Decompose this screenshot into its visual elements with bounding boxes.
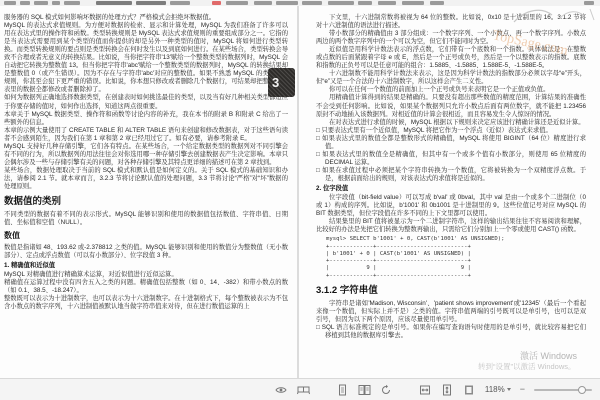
pdf-reader-window: 服务器的 SQL 模式如何影响坏数据的处理方式？严格模式会拒绝坏数据值。 MyS…: [0, 0, 600, 400]
document-view[interactable]: 服务器的 SQL 模式如何影响坏数据的处理方式？严格模式会拒绝坏数据值。 MyS…: [0, 6, 600, 378]
fit-height-icon[interactable]: [441, 383, 454, 396]
paragraph: 用精确值计算得到的结果是精确的。只要没有超出那些数值的精度范围，计算结果的准确性…: [316, 94, 586, 118]
chevron-down-icon: [507, 388, 511, 391]
paragraph: 不同类型的数据有着不同的表示形式。MySQL 能够识别和使用的数据值包括数值、字…: [4, 211, 288, 227]
paragraph: 本章的示例大量使用了 CREATE TABLE 和 ALTER TABLE 语句…: [4, 127, 288, 143]
toolbar-item[interactable]: [226, 1, 248, 5]
toolbar-item-highlight[interactable]: [212, 1, 221, 5]
toolbar-item[interactable]: [34, 1, 48, 5]
chapter-number: 3: [272, 75, 279, 90]
page-left: 服务器的 SQL 模式如何影响坏数据的处理方式？严格模式会拒绝坏数据值。 MyS…: [0, 6, 297, 378]
toolbar-item[interactable]: [402, 1, 424, 5]
bullet-item: □ 如果表达式里的数值全都是整数形式的精确值，MySQL 将使用 BIGINT（…: [316, 135, 586, 151]
paragraph: MySQL 对精确值进行精确算术运算，对近似值进行近似运算。: [4, 271, 288, 279]
paragraph: 位字段值（bit-field value）可以写成 b'val' 或 0bval…: [316, 194, 586, 218]
paragraph: 十六进制数不能用科学计数法来表示，这是因为科学计数法的指数部分必须以字母“e”开…: [316, 70, 586, 86]
paragraph: 某些场合，数据处理取决于当前的 SQL 模式和默认值是如何定义的。关于 SQL …: [4, 167, 288, 191]
toolbar-item[interactable]: [302, 1, 322, 5]
paragraph: 精确值在运算过程中没有四舍五入之类的问题。精确值包括整数（如 0、14、-382…: [4, 279, 288, 295]
single-page-icon[interactable]: [336, 383, 349, 396]
reading-mode-icon[interactable]: [297, 383, 310, 396]
bullet-item: □ 如果在求值过程中必须把某个字符串转换为一个数值，它将被转换为一个双精度浮点数…: [316, 167, 586, 183]
paragraph: MySQL 支持好几种存储引擎，它们各有特点。在某些场合，一个给定数据类型的数据…: [4, 143, 288, 167]
chapter-edge-tab: 3: [268, 68, 295, 97]
section-heading: 数据值的类别: [4, 196, 288, 208]
code-block: mysql> SELECT b'1001' + 0, CAST(b'1001' …: [326, 236, 586, 280]
section-heading: 3.1.2 字符串值: [316, 285, 586, 297]
zoom-level-dropdown[interactable]: 118%: [485, 385, 511, 394]
paragraph: 数值是指诸如 48、193.62 或-2.378812 之类的值。MySQL 能…: [4, 244, 288, 260]
toolbar-item[interactable]: [430, 1, 444, 5]
paragraph: 在对表达式进行求值的时候，MySQL 根据以下规则来决定应该进行精确计算还是近似…: [316, 119, 586, 127]
page-right: 下文里，十六进制常数将被视为 64 位的整数。比如说，0x10 是十进制里的 1…: [299, 6, 600, 378]
toolbar-item[interactable]: [136, 1, 166, 5]
subsection-heading: 数值: [4, 231, 288, 241]
rotate-icon[interactable]: [380, 383, 393, 396]
toolbar-item[interactable]: [20, 1, 30, 5]
bullet-item: □ 只要表达式里有一个近似值，MySQL 将把它作为一个浮点（近似）表达式来求值…: [316, 127, 586, 135]
toolbar-item[interactable]: [52, 1, 60, 5]
toolbar-item[interactable]: [170, 1, 190, 5]
toolbar-item[interactable]: [276, 1, 298, 5]
zoom-level-value: 118%: [485, 385, 505, 394]
bullet-item: □ SQL 语言标准规定的是单引号。如果你在编写查询语句时使用的是单引号，就比较…: [316, 324, 586, 340]
paragraph: MySQL 的表达式求值规则。为方便对数据的检索、显示和计算处理，MySQL 为…: [4, 22, 288, 94]
toolbar-item[interactable]: [378, 1, 396, 5]
toolbar-item[interactable]: [584, 1, 594, 5]
toolbar-item[interactable]: [358, 1, 372, 5]
toolbar-item[interactable]: [254, 1, 272, 5]
eye-icon[interactable]: [275, 383, 288, 396]
numbered-heading: 2. 位字段值: [316, 185, 586, 193]
facing-pages-icon[interactable]: [358, 383, 371, 396]
toolbar-item[interactable]: [96, 1, 132, 5]
pen-doodle: [512, 6, 596, 24]
paragraph: 如何为数据列正确地选择数据类型，在创建表时如何挑选最佳的类型，以及当有好几种相关…: [4, 94, 288, 110]
zoom-out-button[interactable]: −: [520, 385, 525, 394]
numbered-heading: 1. 精确值和近似值: [4, 262, 288, 270]
bullet-item: □ 如果表达式里的数值全是精确值，但其中有一个或多个值有小数部分，则使用 65 …: [316, 151, 586, 167]
paragraph: 结果集里的 BIT 值将被显示为一个二进制字符串，这样的输出结果往往不容易阅读和…: [316, 218, 586, 234]
zoom-slider[interactable]: [534, 385, 592, 395]
paragraph: 服务器的 SQL 模式如何影响坏数据的处理方式？严格模式会拒绝坏数据值。: [4, 14, 288, 22]
toolbar-item[interactable]: [328, 1, 354, 5]
zoom-slider-handle[interactable]: [578, 386, 586, 394]
paragraph: 整数既可以表示为十进制数字，也可以表示为十六进制数字。在十进制格式下，每个整数被…: [4, 295, 288, 311]
fit-width-icon[interactable]: [419, 383, 432, 396]
toolbar-item[interactable]: [4, 1, 16, 5]
activate-windows-hint: 转到“设置”以激活 Windows。: [478, 361, 576, 372]
status-bar: 118% −: [0, 378, 600, 400]
toolbar-item[interactable]: [64, 1, 80, 5]
paragraph: 字符串是诸如'Madison, Wisconsin'、'patient show…: [316, 300, 586, 324]
paragraph: 本章关于 MySQL 数据类型、操作符和函数等讨论内容的补充，我在本书的附录 B…: [4, 111, 288, 127]
actual-size-icon[interactable]: [463, 383, 476, 396]
